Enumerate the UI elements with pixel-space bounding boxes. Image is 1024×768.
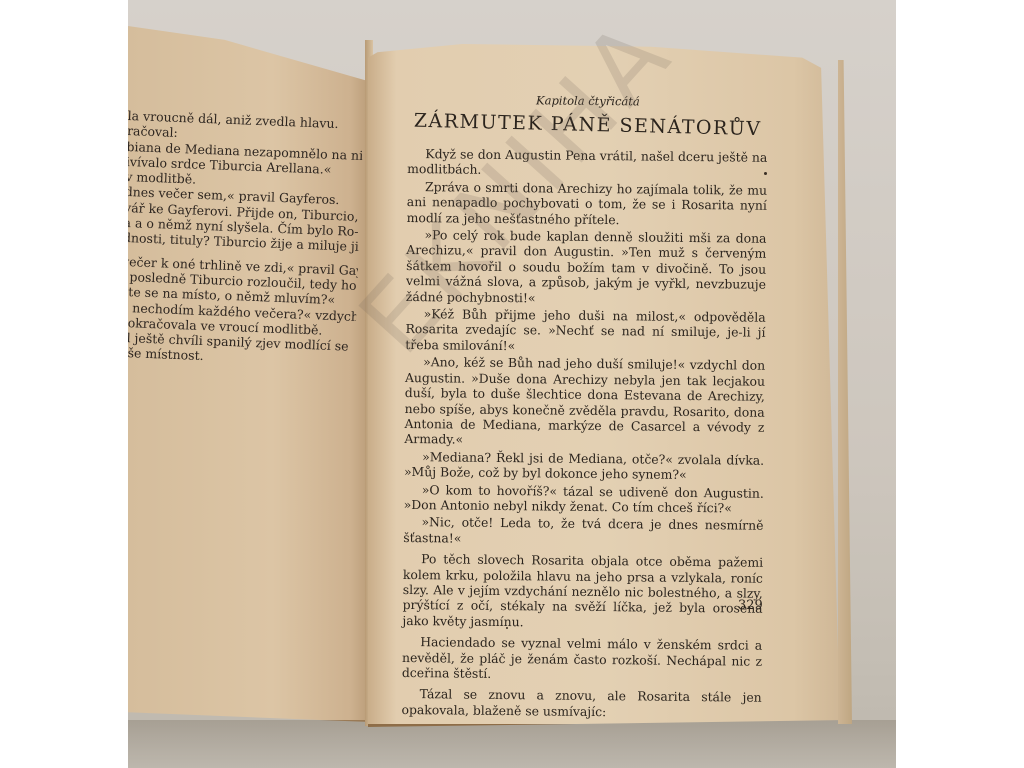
paragraph: »O kom to hovoříš?« tázal se udiveně don…	[404, 482, 764, 517]
paper-speck	[506, 627, 508, 629]
paragraph: Když se don Augustin Pena vrátil, našel …	[407, 146, 767, 181]
paragraph: Tázal se znovu a znovu, ale Rosarita stá…	[401, 686, 761, 721]
book-photo: la vroucně dál, aniž zvedla hlavu. račov…	[128, 0, 896, 768]
page-edge-stack	[838, 60, 852, 724]
page-number: 329	[738, 598, 763, 613]
paragraph: Po těch slovech Rosarita objala otce obě…	[402, 551, 763, 632]
paragraph: Zpráva o smrti dona Arechizy ho zajímala…	[407, 179, 767, 229]
paragraph: Haciendado se vyznal velmi málo v ženské…	[402, 634, 762, 684]
book-shadow	[128, 720, 896, 768]
right-page-text: Kapitola čtyřicátá ZÁRMUTEK PÁNĚ SENÁTOR…	[401, 92, 768, 723]
paragraph: »Kéž Bůh přijme jeho duši na milost,« od…	[405, 306, 765, 356]
paragraph: »Ano, kéž se Bůh nad jeho duší smiluje!«…	[404, 354, 765, 450]
left-page-text: la vroucně dál, aniž zvedla hlavu. račov…	[128, 108, 364, 370]
paper-speck	[764, 172, 767, 175]
chapter-label: Kapitola čtyřicátá	[408, 92, 768, 110]
paragraph: »Nic, otče! Leda to, že tvá dcera je dne…	[403, 514, 763, 549]
chapter-title: ZÁRMUTEK PÁNĚ SENÁTORŮV	[407, 109, 767, 140]
left-page: la vroucně dál, aniž zvedla hlavu. račov…	[128, 26, 370, 722]
paragraph: »Po celý rok bude kaplan denně sloužiti …	[406, 227, 767, 308]
paragraph: »Mediana? Řekl jsi de Mediana, otče?« zv…	[404, 449, 764, 484]
